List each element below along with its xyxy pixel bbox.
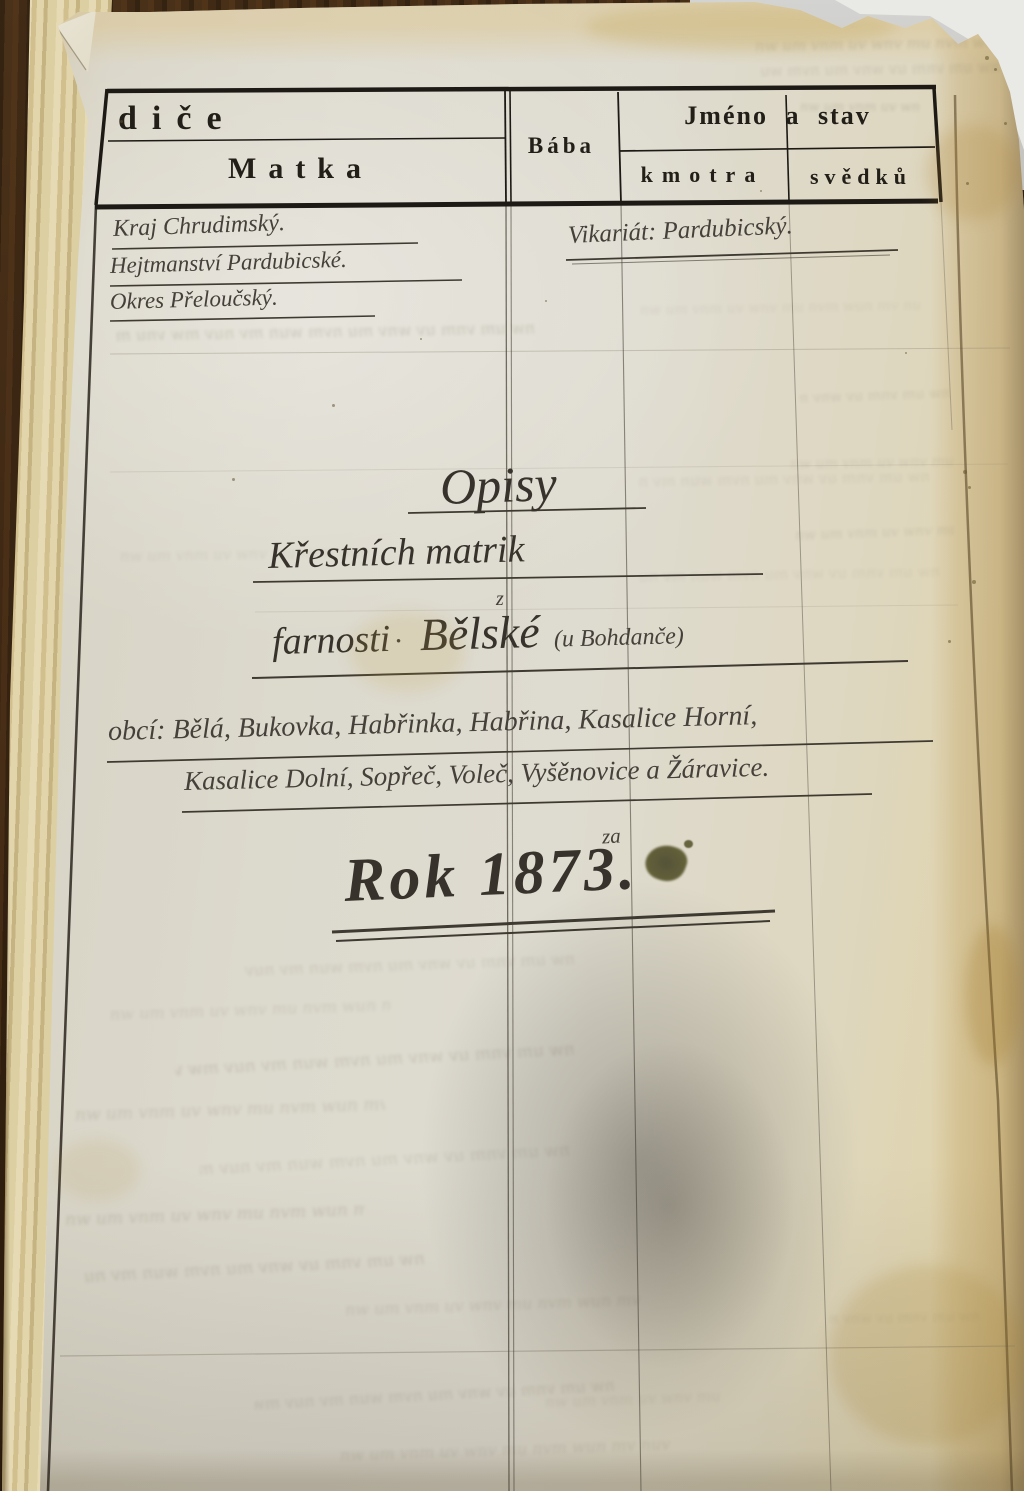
ink-speck: [968, 486, 971, 489]
scanned-register-page: nw um vnm uv wnv mu nvm wun mv nuv mw vn…: [0, 0, 1024, 1491]
ink-speck: [420, 338, 422, 340]
ink-speck: [985, 56, 989, 60]
ink-speck: [948, 640, 951, 643]
ink-speck: [994, 68, 997, 71]
ink-speck: [966, 182, 969, 185]
register-paper: nw um vnm uv wnv mu nvm wun mv nuv mw vn…: [0, 0, 1024, 1491]
ink-speck: [905, 352, 907, 354]
ink-speck: [120, 120, 123, 123]
ink-speck: [545, 300, 547, 302]
ink-speck: [332, 404, 335, 407]
ink-speck: [972, 580, 976, 584]
ink-speck: [1004, 122, 1007, 125]
camera-shadow-core: [545, 1040, 795, 1370]
ink-speck: [760, 190, 762, 192]
ink-speck: [963, 470, 967, 474]
ink-speck: [232, 478, 235, 481]
